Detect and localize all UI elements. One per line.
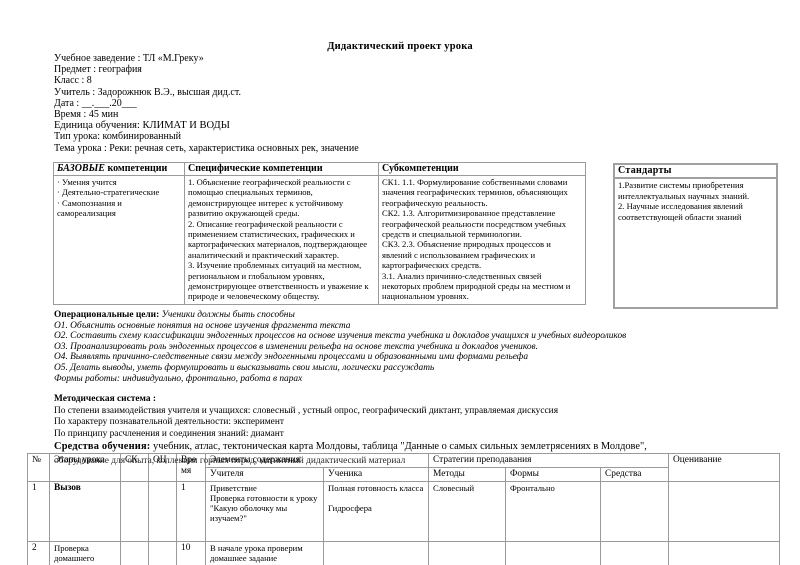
standard-item: 2. Научные исследования явлений соответс… xyxy=(618,201,773,222)
goal-text: О3. Проанализировать роль эндогенных про… xyxy=(54,342,538,352)
sub-item: 3.1. Анализ причинно-следственных связей… xyxy=(382,271,582,302)
lesson-table: № Этапы урока оборудование для опыта, ко… xyxy=(27,453,780,565)
header-stage: Этапы урока оборудование для опыта, колл… xyxy=(50,454,121,482)
teacher-line: Проверка готовности к уроку xyxy=(210,493,319,503)
header-basic-italic: БАЗОВЫЕ xyxy=(57,163,105,174)
header-subcompetencies: Субкомпетенции xyxy=(379,163,586,176)
operational-goals: Операциональные цели: Ученики должны быт… xyxy=(54,310,626,384)
header-num: № xyxy=(28,454,50,482)
teacher-line: Приветствие xyxy=(210,483,319,493)
basic-item: · Умения учится xyxy=(57,177,181,187)
header-standards: Стандарты xyxy=(615,165,776,179)
sub-item: СК1. 1.1. Формулирование собственными сл… xyxy=(382,177,582,208)
meta-class: Класс : 8 xyxy=(54,75,359,86)
header-student: Ученика xyxy=(324,468,429,482)
goal-text: О5. Делать выводы, уметь формулировать и… xyxy=(54,363,434,373)
row-evaluation xyxy=(669,542,780,565)
method-label: Методическая система : xyxy=(54,394,156,404)
specific-competencies-cell: 1. Объяснение географической реальности … xyxy=(185,176,379,305)
header-teacher: Учителя xyxy=(206,468,324,482)
student-spacer xyxy=(328,493,424,503)
meta-date: Дата : __.___.20___ xyxy=(54,98,359,109)
lesson-metadata: Учебное заведение : ТЛ «М.Греку» Предмет… xyxy=(54,53,359,154)
header-evaluation: Оценивание xyxy=(669,454,780,482)
student-line: Полная готовность класса xyxy=(328,483,424,493)
specific-item: 2. Описание географической реальности с … xyxy=(188,219,375,261)
basic-item: · Самопознания и самореализация xyxy=(57,198,181,219)
row-sk xyxy=(121,542,149,565)
header-basic-rest: компетенции xyxy=(105,163,167,174)
goals-intro: Ученики должны быть способны xyxy=(162,310,295,320)
teacher-line: "Какую оболочку мы изучаем?" xyxy=(210,503,319,523)
standards-box: Стандарты 1.Развитие системы приобретени… xyxy=(613,163,778,309)
goal-text: О1. Объяснить основные понятия на основе… xyxy=(54,321,350,331)
row-methods xyxy=(429,542,506,565)
teaching-means: Средства обучения: учебник, атлас, текто… xyxy=(54,441,647,452)
row-teacher: В начале урока проверим домашнее задание xyxy=(206,542,324,565)
specific-item: 3. Изучение проблемных ситуаций на местн… xyxy=(188,260,375,302)
standards-cell: 1.Развитие системы приобретения интеллек… xyxy=(615,179,776,223)
goal-text: О2. Составить схему классификации эндоге… xyxy=(54,331,626,341)
method-heading: Методическая система : xyxy=(54,394,558,406)
header-methods: Методы xyxy=(429,468,506,482)
row-forms: Фронтально xyxy=(506,482,601,542)
table-row: 2 Проверка домашнего 10 В начале урока п… xyxy=(28,542,780,565)
row-oc xyxy=(149,542,177,565)
work-forms: Формы работы: индивидуально, фронтально,… xyxy=(54,374,626,385)
competencies-table: БАЗОВЫЕ компетенции Специфические компет… xyxy=(53,162,586,305)
row-num: 1 xyxy=(28,482,50,542)
row-stage: Вызов xyxy=(50,482,121,542)
meta-subject: Предмет : география xyxy=(54,64,359,75)
row-time: 1 xyxy=(177,482,206,542)
meta-school: Учебное заведение : ТЛ «М.Греку» xyxy=(54,53,359,64)
row-stage: Проверка домашнего xyxy=(50,542,121,565)
meta-topic: Тема урока : Реки: речная сеть, характер… xyxy=(54,143,359,154)
subcompetencies-cell: СК1. 1.1. Формулирование собственными сл… xyxy=(379,176,586,305)
method-line: По характеру познавательной деятельности… xyxy=(54,417,558,429)
work-forms-text: Формы работы: индивидуально, фронтально,… xyxy=(54,374,302,384)
meta-teacher: Учитель : Задорожнюк В.Э., высшая дид.ст… xyxy=(54,87,359,98)
sub-item: СК3. 2.3. Объяснение природных процессов… xyxy=(382,239,582,270)
row-evaluation xyxy=(669,482,780,542)
meta-lesson-type: Тип урока: комбинированный xyxy=(54,131,359,142)
goal-item: О1. Объяснить основные понятия на основе… xyxy=(54,321,626,332)
student-line: Гидросфера xyxy=(328,503,424,513)
row-methods: Словесный xyxy=(429,482,506,542)
row-tools xyxy=(601,542,669,565)
header-basic-competencies: БАЗОВЫЕ компетенции xyxy=(54,163,185,176)
header-strategies: Стратегии преподавания xyxy=(429,454,669,468)
method-line: По степени взаимодействия учителя и учащ… xyxy=(54,406,558,418)
header-specific-competencies: Специфические компетенции xyxy=(185,163,379,176)
table-row: 1 Вызов 1 Приветствие Проверка готовност… xyxy=(28,482,780,542)
document-page: Дидактический проект урока Учебное завед… xyxy=(0,0,800,565)
row-sk xyxy=(121,482,149,542)
row-forms xyxy=(506,542,601,565)
row-student: Полная готовность класса Гидросфера xyxy=(324,482,429,542)
row-oc xyxy=(149,482,177,542)
goal-item: О4. Выявлять причинно-следственные связи… xyxy=(54,352,626,363)
meta-time: Время : 45 мин xyxy=(54,109,359,120)
title-text: Дидактический проект урока xyxy=(327,41,473,52)
meta-unit: Единица обучения: КЛИМАТ И ВОДЫ xyxy=(54,120,359,131)
goals-label: Операциональные цели: xyxy=(54,310,159,320)
row-time: 10 xyxy=(177,542,206,565)
document-title: Дидактический проект урока xyxy=(0,41,800,52)
specific-item: 1. Объяснение географической реальности … xyxy=(188,177,375,219)
sub-item: СК2. 1.3. Алгоритмизированное представле… xyxy=(382,208,582,239)
method-line: По принципу расчленения и соединения зна… xyxy=(54,429,558,441)
means-overflow-text: оборудование для опыта, коллекция горных… xyxy=(54,456,405,467)
row-tools xyxy=(601,482,669,542)
means-text: учебник, атлас, тектоническая карта Молд… xyxy=(150,441,646,452)
basic-competencies-cell: · Умения учится · Деятельно-стратегическ… xyxy=(54,176,185,305)
goal-item: О2. Составить схему классификации эндоге… xyxy=(54,331,626,342)
row-student xyxy=(324,542,429,565)
header-forms: Формы xyxy=(506,468,601,482)
standard-item: 1.Развитие системы приобретения интеллек… xyxy=(618,180,773,201)
means-label: Средства обучения: xyxy=(54,441,150,452)
row-num: 2 xyxy=(28,542,50,565)
header-stage-wrap: Этапы урока оборудование для опыта, колл… xyxy=(54,455,116,466)
row-teacher: Приветствие Проверка готовности к уроку … xyxy=(206,482,324,542)
goal-text: О4. Выявлять причинно-следственные связи… xyxy=(54,352,528,362)
header-tools: Средства xyxy=(601,468,669,482)
methodical-system: Методическая система : По степени взаимо… xyxy=(54,394,558,440)
goals-heading: Операциональные цели: Ученики должны быт… xyxy=(54,310,626,321)
basic-item: · Деятельно-стратегические xyxy=(57,187,181,197)
goal-item: О5. Делать выводы, уметь формулировать и… xyxy=(54,363,626,374)
goal-item: О3. Проанализировать роль эндогенных про… xyxy=(54,342,626,353)
